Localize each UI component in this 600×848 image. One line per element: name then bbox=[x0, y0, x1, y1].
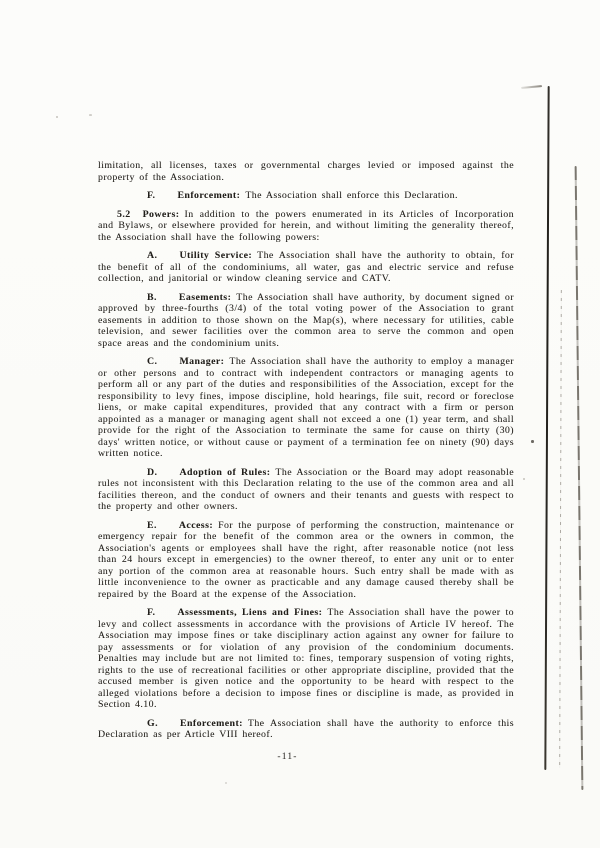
paragraph-label: A. bbox=[147, 250, 157, 261]
scan-artifact-line-gray bbox=[575, 166, 584, 790]
paragraph-label: E. bbox=[147, 520, 157, 531]
page-number: -11- bbox=[80, 752, 495, 762]
scan-speck bbox=[225, 782, 227, 784]
paragraph-b-easements: B.Easements:The Association shall have a… bbox=[98, 292, 514, 350]
scan-speck bbox=[56, 116, 58, 118]
section-number: 5.2 bbox=[117, 209, 131, 220]
paragraph-e-access: E.Access:For the purpose of performing t… bbox=[98, 520, 514, 601]
paragraph-text: The Association shall enforce this Decla… bbox=[245, 190, 458, 201]
paragraph-label: F. bbox=[147, 607, 155, 618]
paragraph-heading: Adoption of Rules: bbox=[179, 467, 270, 478]
paragraph-text: For the purpose of performing the constr… bbox=[98, 520, 514, 600]
paragraph-heading: Utility Service: bbox=[179, 250, 252, 261]
paragraph-d-adoption-of-rules: D.Adoption of Rules:The Association or t… bbox=[98, 467, 514, 513]
paragraph-label: F. bbox=[147, 190, 155, 201]
scan-artifact-line-dark bbox=[544, 86, 550, 770]
paragraph-text: limitation, all licenses, taxes or gover… bbox=[98, 160, 514, 183]
paragraph-f-enforcement: F.Enforcement:The Association shall enfo… bbox=[98, 190, 514, 202]
section-5-2-powers: 5.2Powers:In addition to the powers enum… bbox=[98, 209, 514, 244]
scan-artifact-dash bbox=[521, 85, 542, 88]
scan-speck bbox=[89, 114, 92, 116]
paragraph-text: The Association shall have the authority… bbox=[98, 250, 514, 284]
paragraph-f-assessments-liens-fines: F.Assessments, Liens and Fines:The Assoc… bbox=[98, 607, 514, 711]
paragraph-text: The Association or the Board may adopt r… bbox=[98, 467, 514, 513]
paragraph-a-utility-service: A.Utility Service:The Association shall … bbox=[98, 250, 514, 285]
paragraph-heading: Enforcement: bbox=[177, 190, 240, 201]
paragraph-g-enforcement: G.Enforcement:The Association shall have… bbox=[98, 718, 514, 741]
paragraph-label: B. bbox=[147, 292, 157, 303]
document-text-block: limitation, all licenses, taxes or gover… bbox=[98, 160, 514, 748]
paragraph-label: C. bbox=[147, 356, 157, 367]
paragraph-label: G. bbox=[147, 718, 158, 729]
paragraph-heading: Manager: bbox=[179, 356, 224, 367]
section-heading: Powers: bbox=[143, 209, 180, 220]
paragraph-heading: Access: bbox=[179, 520, 213, 531]
paragraph-label: D. bbox=[147, 467, 157, 478]
paragraph-text: The Association shall have authority, by… bbox=[98, 292, 514, 349]
scan-artifact-line-dotted bbox=[559, 290, 562, 768]
scanned-page: limitation, all licenses, taxes or gover… bbox=[0, 0, 600, 848]
paragraph-text: The Association shall have the power to … bbox=[98, 607, 514, 710]
paragraph-text: The Association shall have the authority… bbox=[98, 718, 514, 741]
paragraph-heading: Enforcement: bbox=[180, 718, 243, 729]
paragraph-heading: Assessments, Liens and Fines: bbox=[177, 607, 322, 618]
scan-speck bbox=[523, 478, 525, 480]
paragraph-heading: Easements: bbox=[179, 292, 231, 303]
paragraph-text: The Association shall have the authority… bbox=[98, 356, 514, 459]
paragraph-limitation-continuation: limitation, all licenses, taxes or gover… bbox=[98, 160, 514, 183]
scan-speck bbox=[531, 440, 534, 443]
paragraph-c-manager: C.Manager:The Association shall have the… bbox=[98, 356, 514, 460]
